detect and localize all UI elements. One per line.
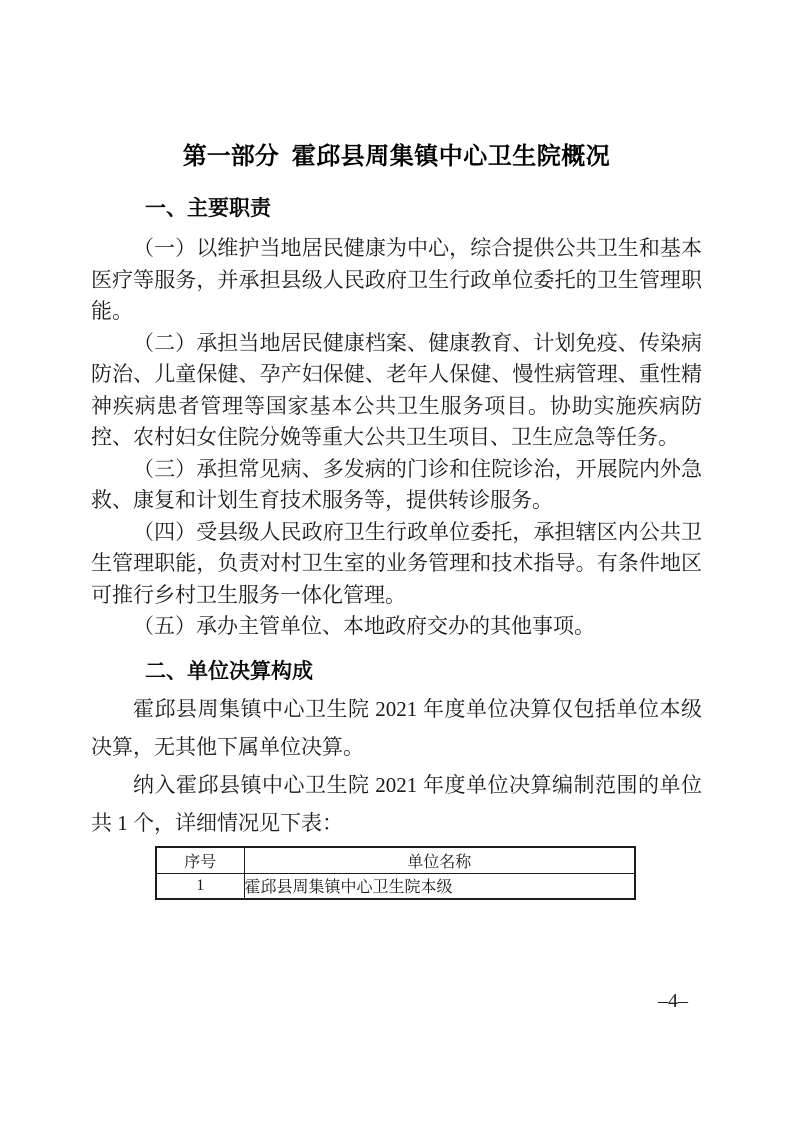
page-number: –4–: [658, 991, 688, 1011]
unit-table: 序号 单位名称 1 霍邱县周集镇中心卫生院本级: [155, 846, 636, 900]
section-heading-budget-composition: 二、单位决算构成: [145, 656, 702, 688]
column-header-unit-name: 单位名称: [244, 847, 635, 874]
duty-paragraph-4: （四）受县级人民政府卫生行政单位委托，承担辖区内公共卫生管理职能，负责对村卫生室…: [91, 517, 702, 612]
duty-paragraph-2: （二）承担当地居民健康档案、健康教育、计划免疫、传染病防治、儿童保健、孕产妇保健…: [91, 328, 702, 454]
duty-paragraph-3: （三）承担常见病、多发病的门诊和住院诊治，开展院内外急救、康复和计划生育技术服务…: [91, 454, 702, 517]
section-budget-composition: 二、单位决算构成 霍邱县周集镇中心卫生院 2021 年度单位决算仅包括单位本级决…: [91, 656, 702, 842]
table-header-row: 序号 单位名称: [156, 847, 635, 874]
duty-paragraph-5: （五）承办主管单位、本地政府交办的其他事项。: [91, 611, 702, 643]
section-main-duties: 一、主要职责 （一）以维护当地居民健康为中心，综合提供公共卫生和基本医疗等服务，…: [91, 193, 702, 643]
title-text: 霍邱县周集镇中心卫生院概况: [292, 143, 611, 170]
document-page: 第一部分霍邱县周集镇中心卫生院概况 一、主要职责 （一）以维护当地居民健康为中心…: [0, 0, 793, 1122]
duty-paragraph-1: （一）以维护当地居民健康为中心，综合提供公共卫生和基本医疗等服务，并承担县级人民…: [91, 233, 702, 328]
document-content: 第一部分霍邱县周集镇中心卫生院概况 一、主要职责 （一）以维护当地居民健康为中心…: [91, 0, 702, 900]
table-row: 1 霍邱县周集镇中心卫生院本级: [156, 873, 635, 899]
cell-unit-name: 霍邱县周集镇中心卫生院本级: [244, 873, 635, 899]
budget-paragraph-2: 纳入霍邱县镇中心卫生院 2021 年度单位决算编制范围的单位共 1 个，详细情况…: [91, 766, 702, 842]
title-part-label: 第一部分: [183, 143, 279, 170]
budget-paragraph-1: 霍邱县周集镇中心卫生院 2021 年度单位决算仅包括单位本级决算，无其他下属单位…: [91, 690, 702, 766]
page-title: 第一部分霍邱县周集镇中心卫生院概况: [91, 142, 702, 172]
column-header-seq: 序号: [156, 847, 244, 874]
section-heading-main-duties: 一、主要职责: [145, 193, 702, 225]
cell-seq: 1: [156, 873, 244, 899]
